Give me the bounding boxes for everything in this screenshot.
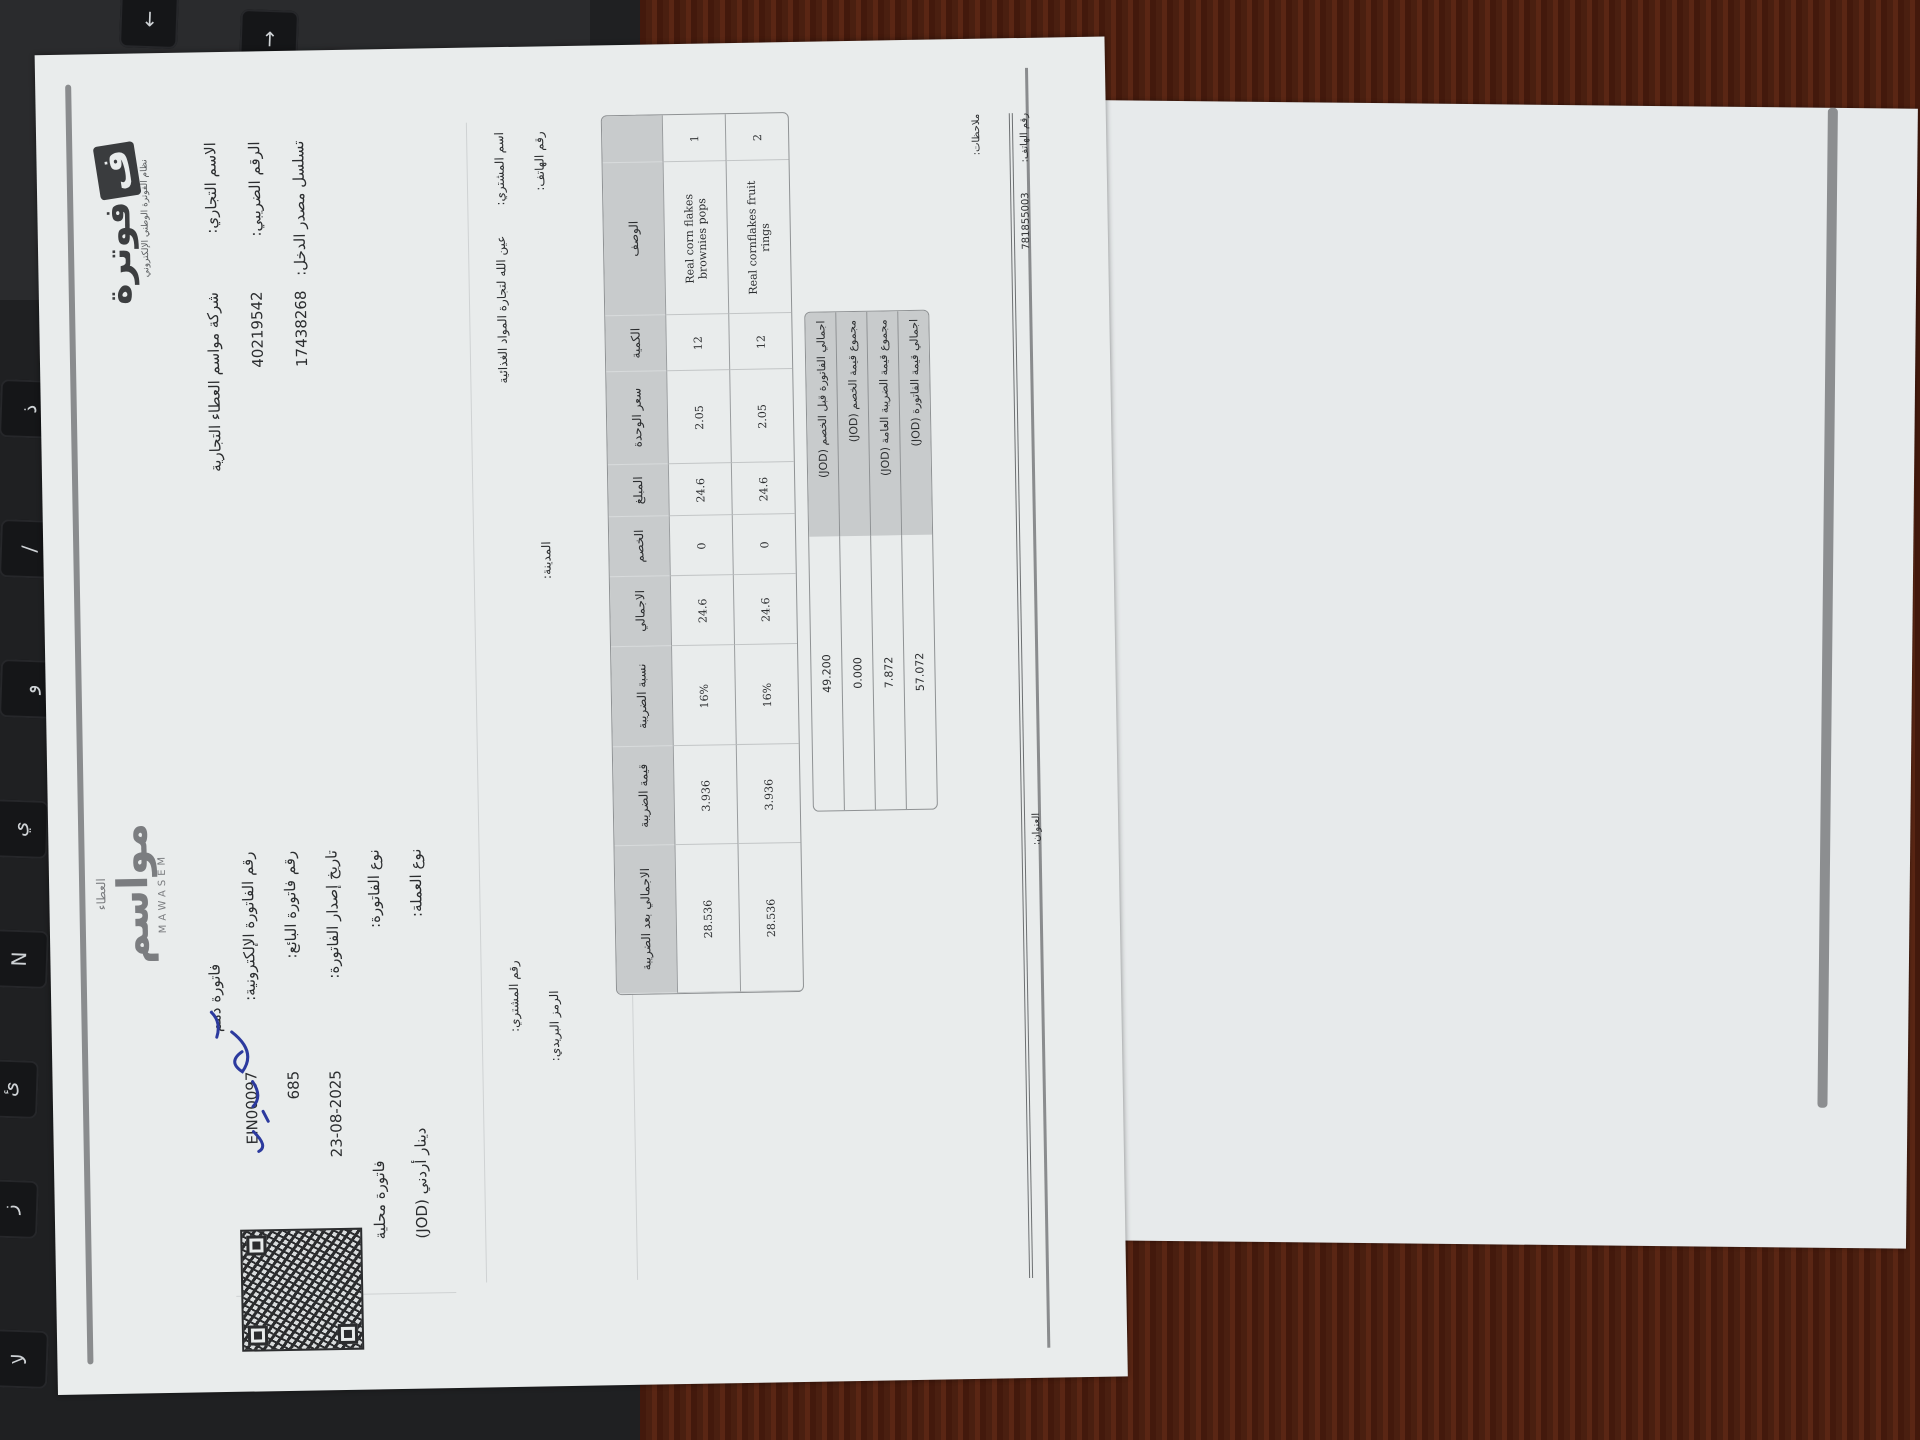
seller-invoice-value: 685 bbox=[284, 1071, 305, 1241]
seller-invoice-row: رقم فاتورة البائع:685 bbox=[281, 851, 306, 1271]
totals-value: 57.072 bbox=[901, 535, 937, 809]
column-header-index bbox=[602, 115, 663, 163]
seller-tax-value: 40219542 bbox=[248, 291, 267, 368]
footer-address-label: العنوان: bbox=[1031, 813, 1043, 846]
qr-finder bbox=[248, 1325, 268, 1345]
column-header-quantity: الكمية bbox=[605, 315, 666, 372]
cell-unit-price: 2.05 bbox=[666, 370, 731, 464]
fawtara-logo-subtitle: نظام الفوترة الوطني الإلكتروني bbox=[139, 143, 152, 293]
buyer-postal-row: الرمز البريدي: bbox=[547, 990, 562, 1061]
totals-value: 7.872 bbox=[870, 535, 906, 809]
cell-tax-rate: 16% bbox=[734, 644, 799, 746]
printed-frame-line bbox=[1817, 108, 1837, 1108]
keyboard-key: ئ bbox=[0, 1059, 39, 1119]
totals-label: اجمالي قيمة الفاتورة (JOD) bbox=[897, 311, 932, 536]
cell-amount: 24.6 bbox=[731, 462, 795, 516]
income-source-label: تسلسل مصدر الدخل: bbox=[289, 140, 310, 290]
cell-tax-rate: 16% bbox=[671, 645, 736, 747]
cell-total: 24.6 bbox=[733, 574, 797, 645]
column-header-tax-value: قيمة الضريبة bbox=[613, 746, 675, 846]
handwritten-signature bbox=[191, 1001, 284, 1163]
items-table: الوصف الكمية سعر الوحدة المبلغ الخصم الا… bbox=[601, 112, 804, 995]
currency-label: نوع العملة: bbox=[407, 849, 429, 1069]
seller-tax-label: الرقم الضريبي: bbox=[245, 141, 266, 291]
keyboard-key: N bbox=[0, 929, 49, 989]
totals-label: اجمالي الفاتورة قبل الخصم (JOD) bbox=[805, 312, 839, 537]
qr-code bbox=[240, 1228, 364, 1352]
column-header-unit-price: سعر الوحدة bbox=[606, 371, 668, 465]
footer-phone: رقم الهاتف:781855003 bbox=[1019, 113, 1032, 250]
buyer-phone-row: رقم الهاتف: bbox=[532, 131, 547, 191]
column-header-amount: المبلغ bbox=[608, 464, 669, 518]
currency-row: نوع العملة:دينار أردني (JOD) bbox=[407, 849, 432, 1269]
cell-quantity: 12 bbox=[728, 313, 792, 370]
buyer-number-label: رقم المشتري: bbox=[506, 960, 521, 1032]
cell-amount: 24.6 bbox=[668, 463, 732, 517]
cell-total: 24.6 bbox=[670, 575, 734, 646]
totals-value: 49.200 bbox=[809, 536, 844, 810]
income-source-value: 17438268 bbox=[292, 290, 311, 367]
seller-name-value: شركة مواسم العطاء التجارية bbox=[204, 292, 225, 472]
currency-value: دينار أردني (JOD) bbox=[410, 1068, 431, 1238]
issue-date-label: تاريخ إصدار الفاتورة: bbox=[323, 850, 345, 1070]
column-header-tax-rate: نسبة الضريبة bbox=[611, 646, 673, 747]
footer-phone-label: رقم الهاتف: bbox=[1019, 113, 1031, 163]
cell-quantity: 12 bbox=[665, 314, 729, 371]
cell-description: Real corn flakes brownies pops bbox=[663, 161, 729, 315]
qr-finder bbox=[246, 1235, 266, 1255]
company-logo-text: مواسم bbox=[107, 813, 159, 974]
keyboard-key: ز bbox=[0, 1179, 39, 1239]
keyboard-key: لا bbox=[0, 1329, 49, 1389]
buyer-city-row: المدينة: bbox=[539, 541, 554, 579]
keyboard-key: ي bbox=[0, 799, 49, 859]
seller-name-row: الاسم التجاري:شركة مواسم العطاء التجارية bbox=[201, 142, 229, 742]
fawtara-logo-text: فوترة bbox=[97, 201, 140, 305]
footer-phone-value: 781855003 bbox=[1020, 192, 1032, 249]
income-source-row: تسلسل مصدر الدخل:17438268 bbox=[289, 140, 317, 740]
seller-info: الاسم التجاري:شركة مواسم العطاء التجارية… bbox=[201, 140, 343, 742]
buyer-number-row: رقم المشتري: bbox=[506, 960, 521, 1032]
fawtara-logo: ففوترة نظام الفوترة الوطني الإلكتروني bbox=[96, 143, 152, 294]
cell-discount: 0 bbox=[669, 515, 733, 575]
invoice-type-label: نوع الفاتورة: bbox=[365, 849, 387, 1069]
buyer-name-row: اسم المشتري:عين الله لتجارة المواد الغذا… bbox=[492, 132, 510, 384]
buyer-name-value: عين الله لتجارة المواد الغذائية bbox=[494, 235, 511, 383]
notes-label: ملاحظات: bbox=[971, 114, 983, 156]
issue-date-value: 23-08-2025 bbox=[326, 1070, 347, 1240]
column-header-discount: الخصم bbox=[609, 517, 670, 577]
cell-total-after-tax: 28.536 bbox=[737, 843, 803, 992]
seller-invoice-label: رقم فاتورة البائع: bbox=[281, 851, 303, 1071]
cell-tax-value: 3.936 bbox=[736, 744, 801, 844]
cell-unit-price: 2.05 bbox=[729, 369, 794, 463]
page-frame-top bbox=[65, 85, 93, 1365]
invoice-type-value: فاتورة محلية bbox=[368, 1069, 389, 1239]
invoice-footer: ملاحظات: رقم الهاتف:781855003 العنوان: bbox=[971, 114, 991, 1279]
buyer-postal-label: الرمز البريدي: bbox=[547, 990, 562, 1061]
totals-label: مجموع قيمة الخصم (JOD) bbox=[835, 312, 870, 537]
cell-index: 1 bbox=[662, 114, 726, 162]
cell-index: 2 bbox=[725, 113, 789, 161]
invoice-type-row: نوع الفاتورة:فاتورة محلية bbox=[365, 849, 390, 1269]
invoice-page: ففوترة نظام الفوترة الوطني الإلكتروني ال… bbox=[35, 37, 1128, 1395]
buyer-phone-label: رقم الهاتف: bbox=[532, 131, 547, 191]
company-logo: العطاء مواسم MAWASEM bbox=[93, 813, 170, 974]
qr-finder bbox=[338, 1324, 358, 1344]
column-header-total-after-tax: الاجمالي بعد الضريبة bbox=[615, 845, 678, 994]
totals-value: 0.000 bbox=[839, 536, 875, 810]
buyer-name-label: اسم المشتري: bbox=[492, 132, 507, 206]
invoice-page-rotated: ففوترة نظام الفوترة الوطني الإلكتروني ال… bbox=[35, 37, 1128, 1395]
seller-name-label: الاسم التجاري: bbox=[201, 142, 222, 292]
cell-total-after-tax: 28.536 bbox=[674, 844, 740, 993]
column-header-total: الاجمالي bbox=[610, 576, 671, 647]
buyer-city-label: المدينة: bbox=[539, 541, 554, 579]
fawtara-logo-mark: ف bbox=[93, 141, 142, 201]
keyboard-key: ← bbox=[119, 0, 179, 49]
cell-description: Real cornflakes fruit rings bbox=[726, 160, 792, 314]
seller-tax-row: الرقم الضريبي:40219542 bbox=[245, 141, 273, 741]
totals-label: مجموع قيمة الضريبة العامة (JOD) bbox=[866, 311, 901, 536]
totals-table: اجمالي الفاتورة قبل الخصم (JOD)49.200 مج… bbox=[804, 310, 938, 812]
cell-discount: 0 bbox=[732, 514, 796, 574]
issue-date-row: تاريخ إصدار الفاتورة:23-08-2025 bbox=[323, 850, 348, 1270]
cell-tax-value: 3.936 bbox=[673, 745, 738, 845]
column-header-description: الوصف bbox=[603, 162, 666, 316]
